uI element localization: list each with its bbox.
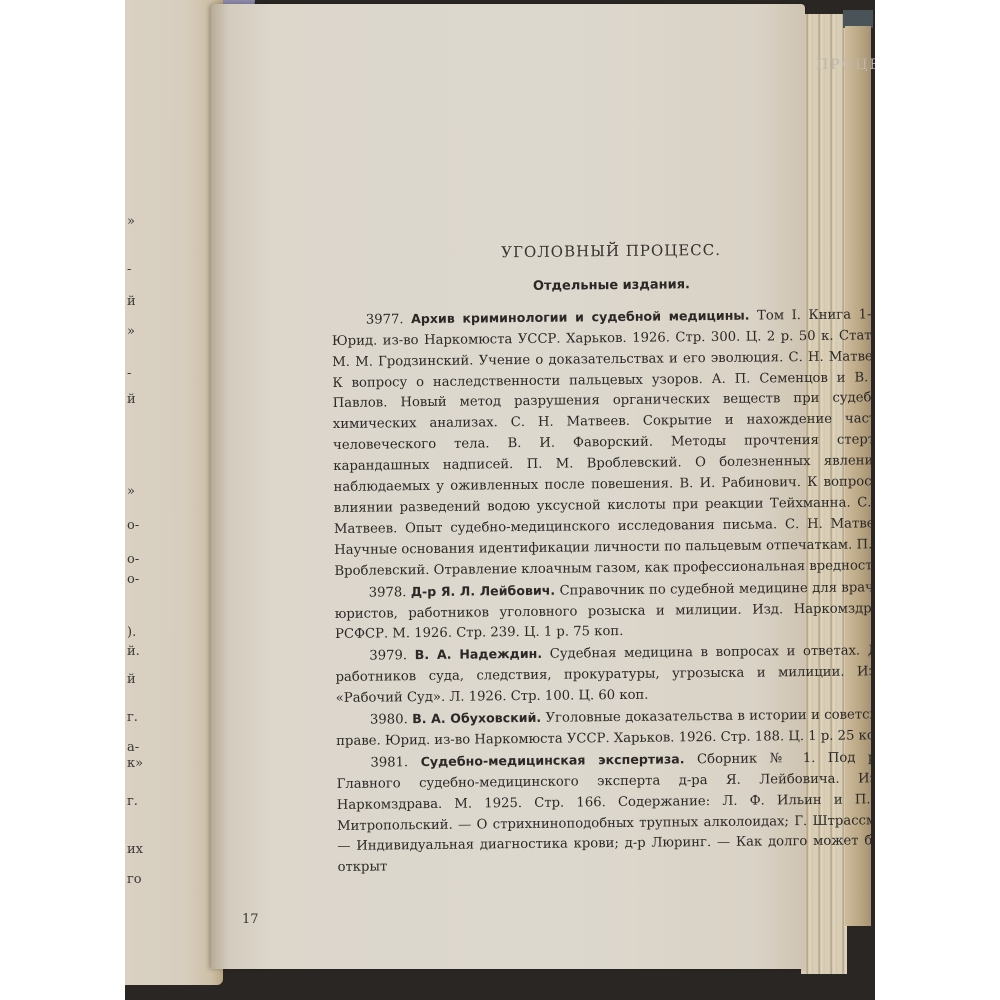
left-page-fragment: го: [127, 872, 142, 887]
entry-title: Архив криминологии и судебной медицины.: [411, 307, 750, 326]
left-page-fragment: о-: [127, 572, 139, 587]
bibliography-entry: 3979. В. А. Надеждин. Судебная медицина …: [335, 640, 875, 710]
entry-number: 3977.: [366, 312, 404, 327]
entry-number: 3981.: [370, 755, 408, 770]
bibliography-entry: 3978. Д-р Я. Л. Лейбович. Справочник по …: [335, 577, 875, 647]
entry-number: 3979.: [369, 649, 407, 664]
entry-number: 3980.: [370, 712, 408, 727]
show-through-header: ПРОЦЕСС: [816, 57, 875, 73]
left-page-fragment: »: [127, 484, 135, 499]
entry-title: Судебно-медицинская экспертиза.: [421, 751, 685, 769]
left-page-fragment: -: [127, 366, 131, 381]
entry-author: В. А. Обуховский.: [412, 710, 541, 726]
bibliography-entry: 3980. В. А. Обуховский. Уголовные доказа…: [336, 704, 875, 753]
left-page-fragment: »: [127, 214, 135, 229]
left-page-folio: 17: [242, 912, 259, 927]
bibliography-entry: 3981. Судебно-медицинская экспертиза. Сб…: [336, 747, 875, 879]
left-page-fragment: г.: [127, 710, 138, 725]
section-title: УГОЛОВНЫЙ ПРОЦЕСС.: [331, 238, 875, 265]
left-page-fragment: й: [127, 672, 136, 687]
entry-author: В. А. Надеждин.: [415, 646, 543, 662]
left-page-fragment: »: [127, 324, 135, 339]
left-page-fragment: о-: [127, 552, 139, 567]
left-page-fragment: й.: [127, 644, 140, 659]
bibliography-entry: 3977. Архив криминологии и судебной меди…: [332, 304, 875, 583]
left-page-fragment: а-: [127, 740, 139, 755]
left-page: » - й » - й » о- о- о- ). й. й г. а- к» …: [125, 0, 223, 985]
entry-number: 3978.: [369, 585, 407, 600]
left-page-fragment: к»: [127, 756, 143, 771]
left-page-fragment: их: [127, 842, 143, 857]
left-page-fragment: г.: [127, 794, 138, 809]
right-page: ПРОЦЕСС УГОЛОВНЫЙ ПРОЦЕСС. Отдельные изд…: [211, 4, 805, 969]
left-page-fragment: й: [127, 392, 136, 407]
book-photo: » - й » - й » о- о- о- ). й. й г. а- к» …: [125, 0, 875, 1000]
left-page-fragment: -: [127, 262, 131, 277]
entry-author: Д-р Я. Л. Лейбович.: [411, 582, 556, 599]
subsection-title: Отдельные издания.: [331, 273, 875, 300]
left-page-fragment: й: [127, 294, 136, 309]
entry-text: Сборник № 1. Под ред. Главного судебно-м…: [337, 750, 875, 875]
left-page-fragment: ).: [127, 625, 136, 640]
entry-text: Том I. Книга 1-ая. Юрид. из-во Наркомюст…: [332, 307, 875, 579]
left-page-fragment: о-: [127, 518, 139, 533]
page-text-block: УГОЛОВНЫЙ ПРОЦЕСС. Отдельные издания. 39…: [331, 238, 875, 879]
